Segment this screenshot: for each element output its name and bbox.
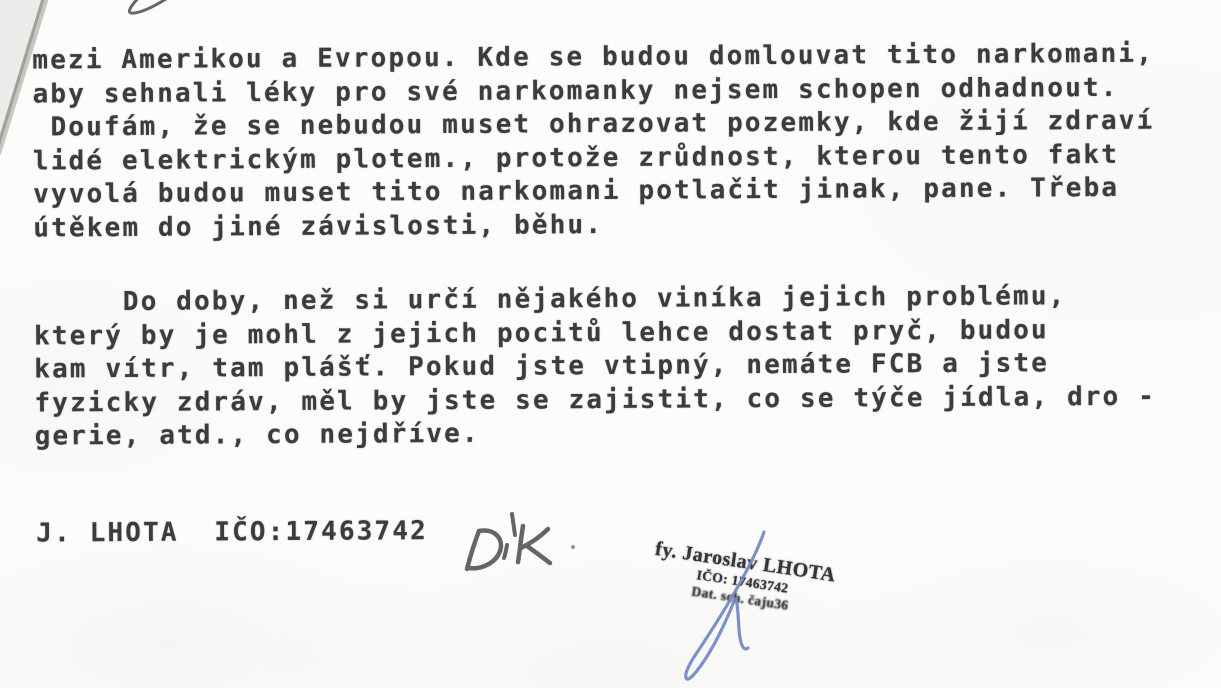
- company-stamp: fy. Jaroslav LHOTA IČO: 17463742 Dat. sc…: [625, 534, 861, 623]
- text-line: fyzicky zdráv, měl by jste se zajistit, …: [34, 380, 1156, 420]
- paragraph-1: mezi Amerikou a Evropou. Kde se budou do…: [32, 38, 1155, 246]
- pen-scribble-top-icon: [129, 0, 166, 13]
- text-line: útěkem do jiné závislosti, běhu.: [33, 205, 1155, 245]
- text-line: vyvolá budou muset tito narkomani potlač…: [33, 172, 1155, 212]
- signoff-line: J. LHOTA IČO:17463742: [36, 515, 428, 551]
- scanned-letter-page: mezi Amerikou a Evropou. Kde se budou do…: [0, 0, 1221, 688]
- signoff-typed-text: J. LHOTA IČO:17463742: [36, 515, 428, 551]
- handwritten-dik-note: [467, 514, 575, 569]
- text-line: gerie, atd., co nejdříve.: [35, 414, 1157, 454]
- paragraph-2: Do doby, než si určí nějakého viníka jej…: [34, 280, 1157, 454]
- typed-text-block: mezi Amerikou a Evropou. Kde se budou do…: [0, 0, 1221, 4]
